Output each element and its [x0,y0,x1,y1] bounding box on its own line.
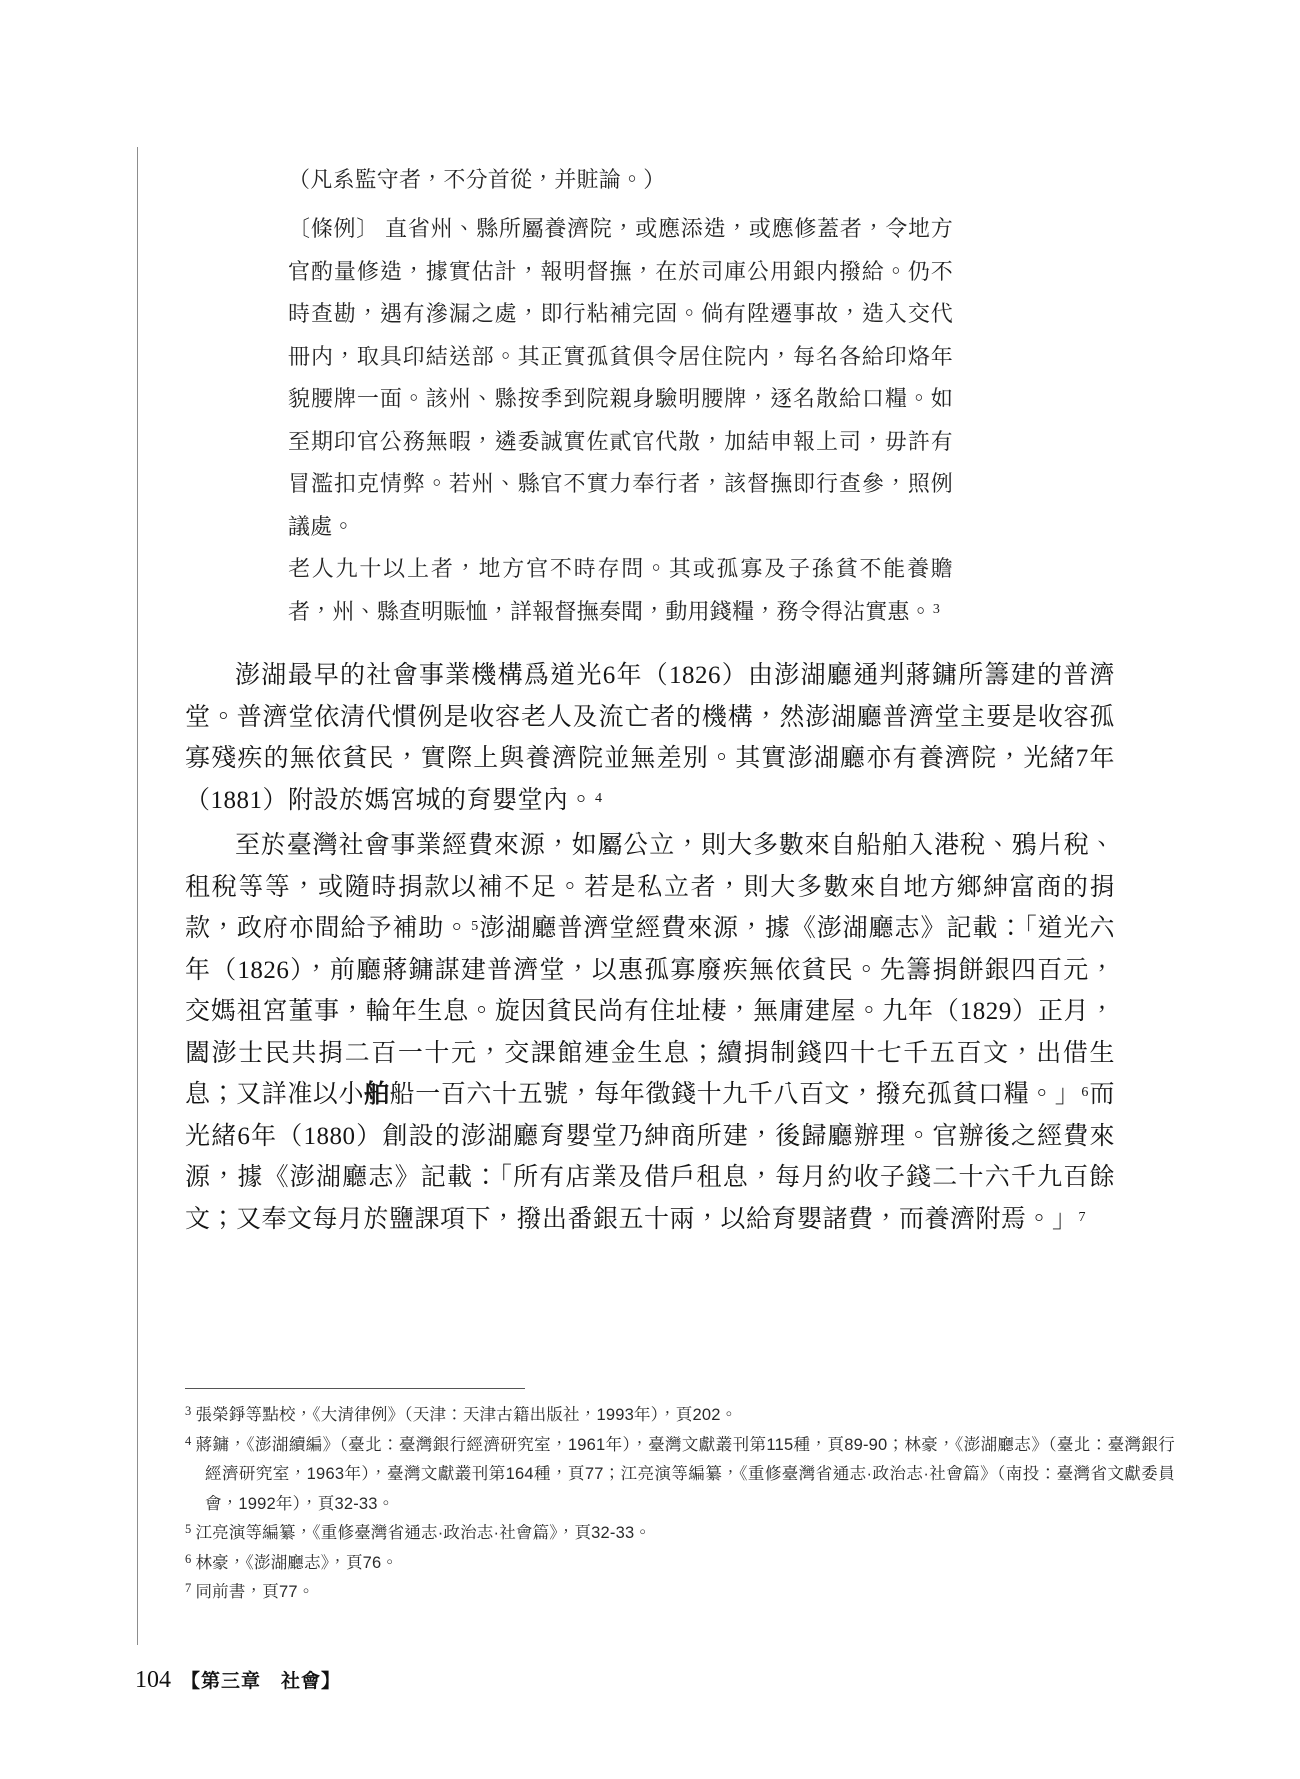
footnote-item: 6林豪，《澎湖廳志》，頁76。 [185,1549,1175,1579]
footnote-ref-4: 4 [594,791,603,806]
footnote-text: 江亮演等編纂，《重修臺灣省通志·政治志·社會篇》，頁32-33。 [195,1524,651,1542]
footnote-text: 林豪，《澎湖廳志》，頁76。 [195,1554,398,1572]
footnotes-section: 3張榮錚等點校，《大清律例》（天津：天津古籍出版社，1993年），頁202。 4… [185,1388,1175,1608]
footnote-separator-rule [185,1388,525,1389]
footnote-number: 7 [185,1581,195,1595]
body-paragraph-1: 澎湖最早的社會事業機構爲道光6年（1826）由澎湖廳通判蔣鏞所籌建的普濟堂。普濟… [185,655,1115,821]
quote-paragraph-3: 老人九十以上者，地方官不時存問。其或孤寡及子孫貧不能養贍者，州、縣查明賑恤，詳報… [288,548,953,633]
footnote-text: 蔣鏞，《澎湖續編》（臺北：臺灣銀行經濟研究室，1961年），臺灣文獻叢刊第115… [195,1436,1175,1513]
footnote-item: 7同前書，頁77。 [185,1578,1175,1608]
body-paragraph-2: 至於臺灣社會事業經費來源，如屬公立，則大多數來自船舶入港稅、鴉片稅、租稅等等，或… [185,825,1115,1240]
body-paragraph-2-segment-3: 船一百六十五號，每年徵錢十九千八百文，撥充孤貧口糧。」 [390,1081,1081,1108]
body-paragraph-2-segment-2: 澎湖廳普濟堂經費來源，據《澎湖廳志》記載：「道光六年（1826），前廳蔣鏞謀建普… [185,915,1115,1108]
page-number: 104 [135,1667,171,1694]
footnote-item: 5江亮演等編纂，《重修臺灣省通志·政治志·社會篇》，頁32-33。 [185,1519,1175,1549]
footnote-number: 3 [185,1404,195,1418]
footnote-ref-7: 7 [1078,1210,1087,1225]
footnote-item: 4蔣鏞，《澎湖續編》（臺北：臺灣銀行經濟研究室，1961年），臺灣文獻叢刊第11… [185,1431,1175,1520]
footnote-text: 同前書，頁77。 [195,1583,314,1601]
quote-paragraph-3-text: 老人九十以上者，地方官不時存問。其或孤寡及子孫貧不能養贍者，州、縣查明賑恤，詳報… [288,556,953,624]
footnote-number: 5 [185,1522,195,1536]
book-page: （凡系監守者，不分首從，并賍論。） 〔條例〕 直省州、縣所屬養濟院，或應添造，或… [0,0,1300,1779]
page-content: （凡系監守者，不分首從，并賍論。） 〔條例〕 直省州、縣所屬養濟院，或應添造，或… [185,158,1115,1240]
quote-paragraph-2: 〔條例〕 直省州、縣所屬養濟院，或應添造，或應修蓋者，令地方官酌量修造，據實估計… [288,208,953,548]
body-paragraph-1-text: 澎湖最早的社會事業機構爲道光6年（1826）由澎湖廳通判蔣鏞所籌建的普濟堂。普濟… [185,662,1115,814]
page-footer: 104 【第三章 社會】 [135,1666,341,1694]
rare-boat-character: 舶 [364,1081,390,1108]
left-margin-rule [137,147,138,1645]
footnote-number: 4 [185,1434,195,1448]
footnote-item: 3張榮錚等點校，《大清律例》（天津：天津古籍出版社，1993年），頁202。 [185,1401,1175,1431]
legal-quote-block: （凡系監守者，不分首從，并賍論。） 〔條例〕 直省州、縣所屬養濟院，或應添造，或… [288,158,953,633]
footnote-ref-3: 3 [932,602,941,617]
footnote-ref-5: 5 [470,919,479,934]
chapter-label: 【第三章 社會】 [181,1666,341,1693]
footnote-text: 張榮錚等點校，《大清律例》（天津：天津古籍出版社，1993年），頁202。 [195,1406,737,1424]
footnote-number: 6 [185,1552,195,1566]
quote-paragraph-1: （凡系監守者，不分首從，并賍論。） [288,158,953,202]
body-text: 澎湖最早的社會事業機構爲道光6年（1826）由澎湖廳通判蔣鏞所籌建的普濟堂。普濟… [185,655,1115,1240]
